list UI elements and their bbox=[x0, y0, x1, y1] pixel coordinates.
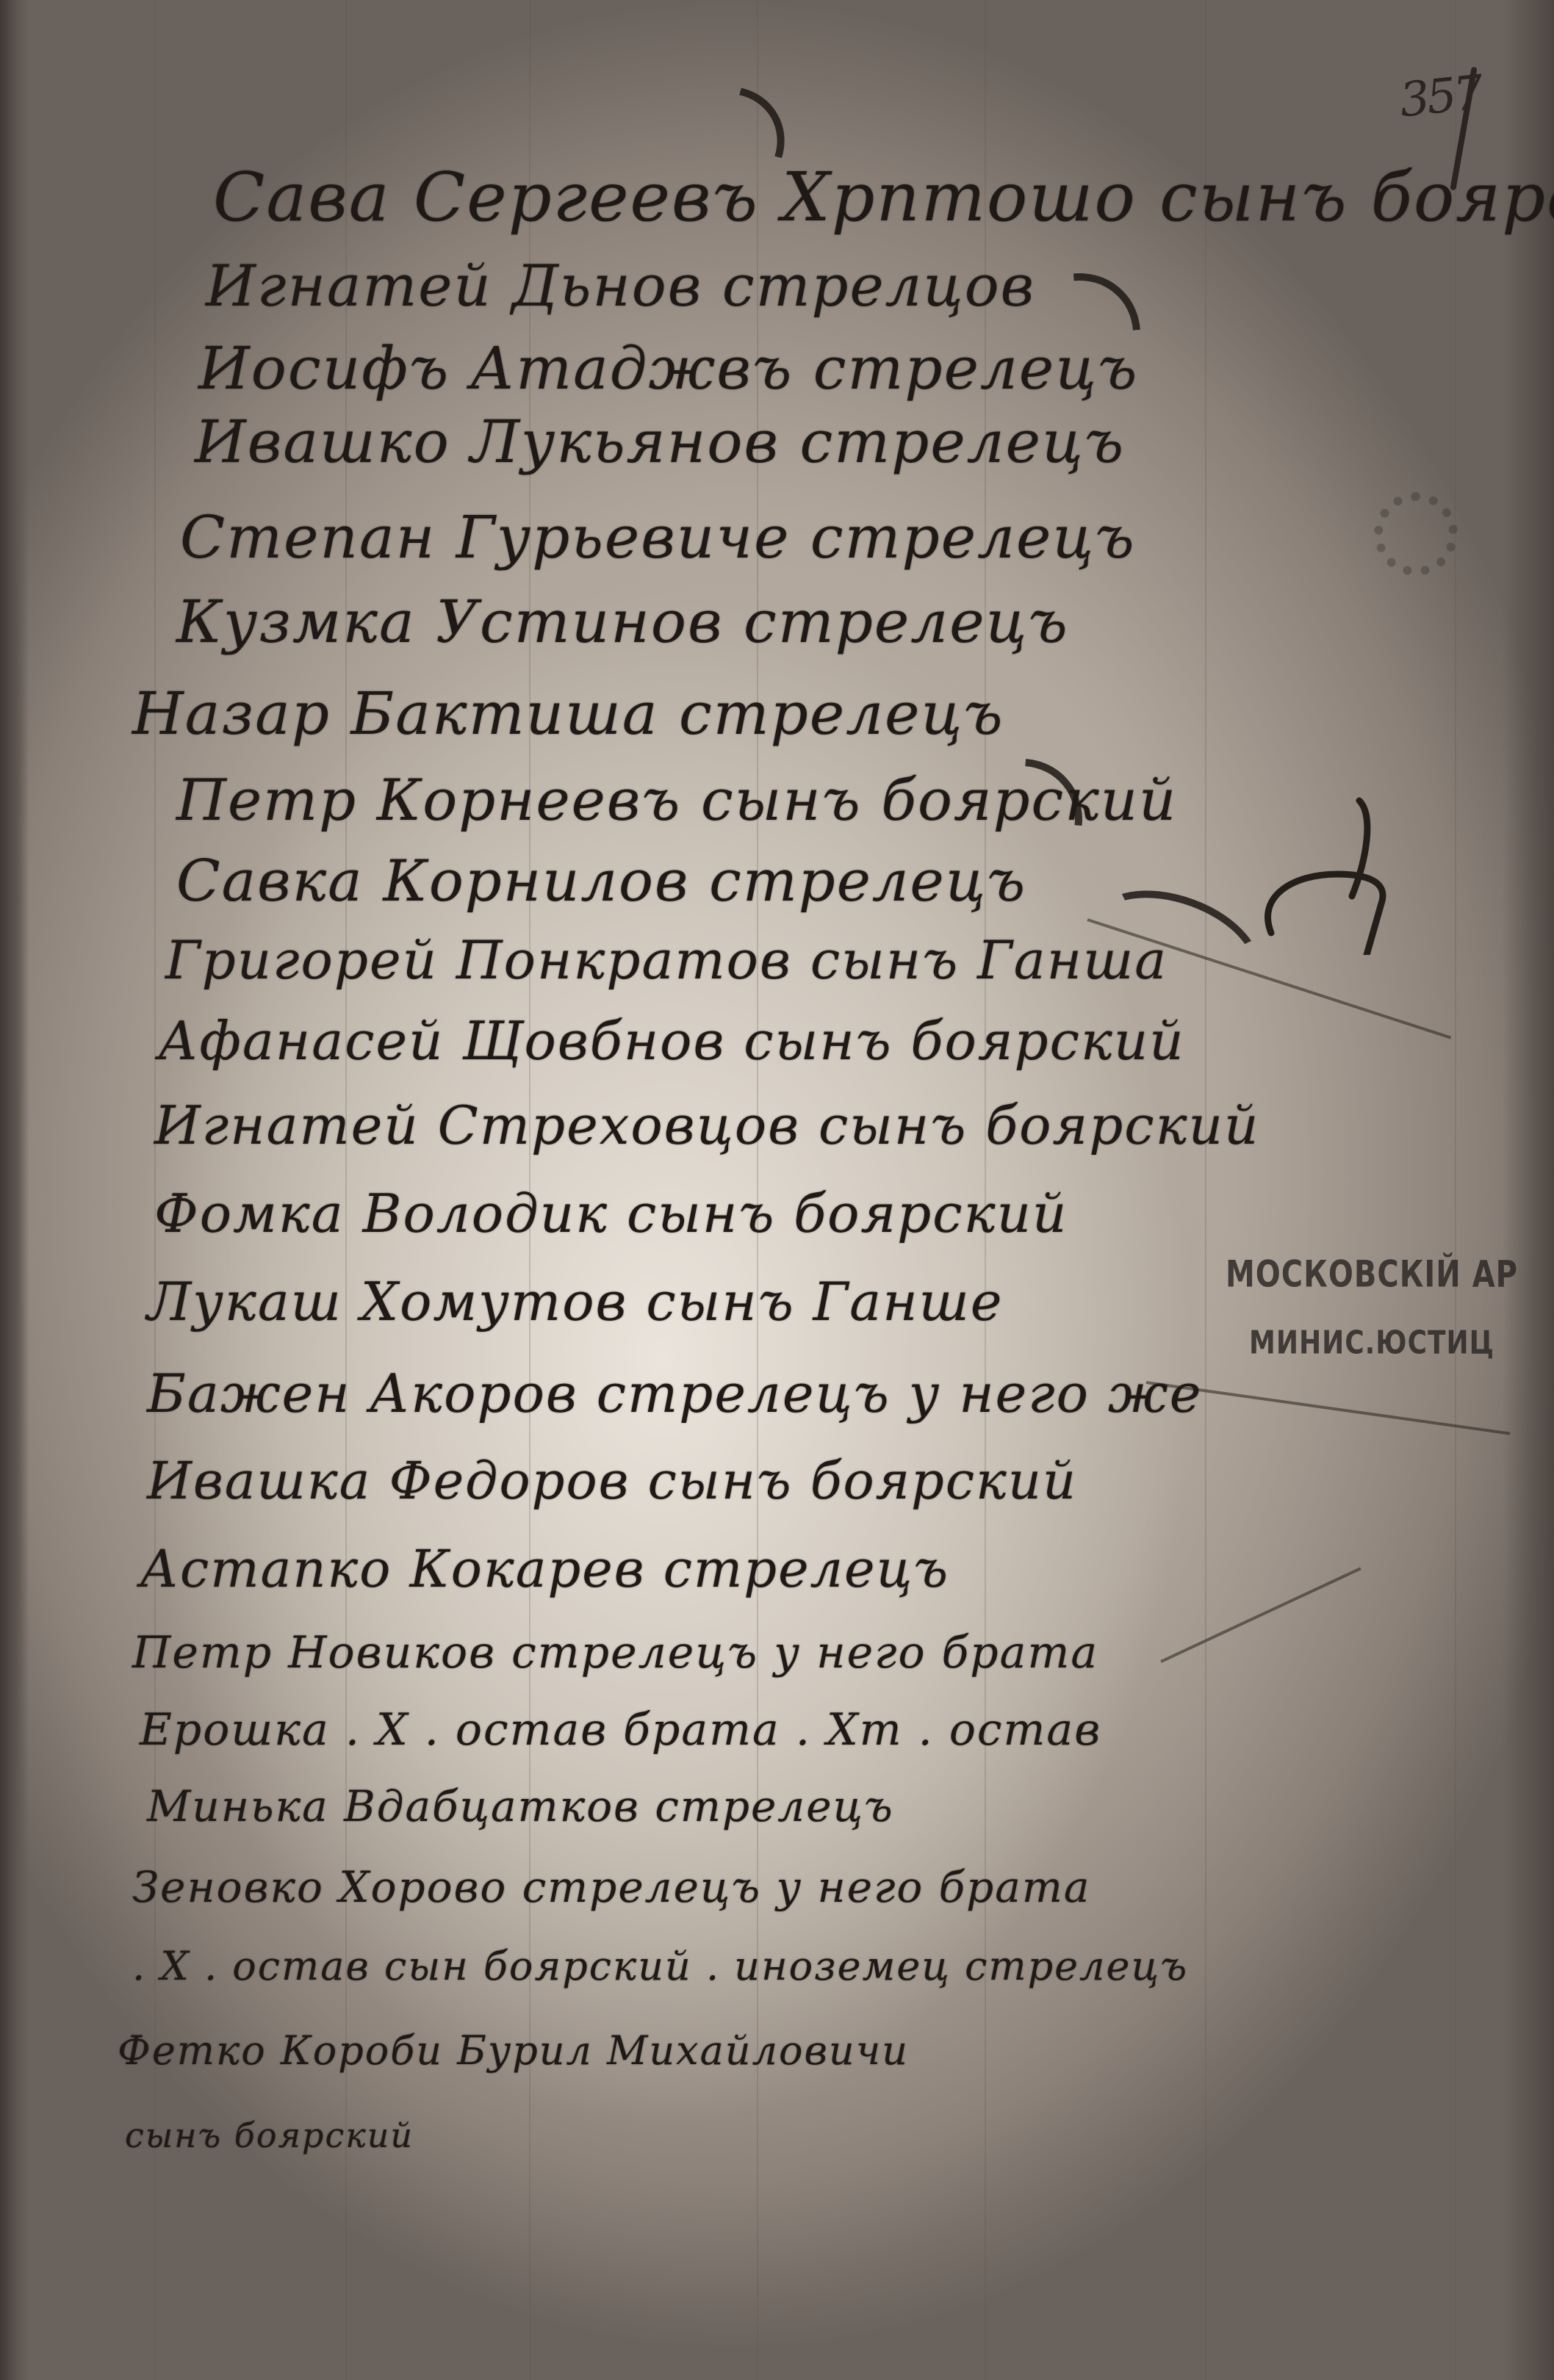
manuscript-line: Игнатей Стреховцов сынъ боярский bbox=[154, 1095, 1259, 1156]
manuscript-line: Степан Гурьевиче стрелецъ bbox=[180, 503, 1136, 571]
manuscript-line: сынъ боярский bbox=[125, 2116, 414, 2155]
manuscript-line: Ивашко Лукьянов стрелецъ bbox=[195, 408, 1125, 476]
manuscript-line: Минька Вдабцатков стрелецъ bbox=[147, 1781, 894, 1831]
manuscript-line: Иосифъ Атаджвъ стрелецъ bbox=[198, 334, 1138, 403]
manuscript-line: Афанасей Щовбнов сынъ боярский bbox=[158, 1010, 1185, 1072]
manuscript-line: Фетко Короби Бурил Михайловичи bbox=[118, 2027, 909, 2074]
manuscript-line: Ерошка . Х . остав брата . Хт . остав bbox=[140, 1704, 1101, 1756]
manuscript-line: Назар Бактиша стрелецъ bbox=[132, 679, 1004, 748]
manuscript-line: Григорей Понкратов сынъ Ганша bbox=[165, 929, 1168, 991]
manuscript-line: Бажен Акоров стрелецъ у него же bbox=[147, 1363, 1202, 1424]
manuscript-line: Астапко Кокарев стрелецъ bbox=[140, 1539, 949, 1599]
manuscript-line: Игнатей Дьнов стрелцов bbox=[206, 253, 1035, 320]
manuscript-text: Сава Сергеевъ Хрптошо сынъ боярский Игна… bbox=[0, 0, 1554, 2380]
manuscript-line: Лукаш Хомутов сынъ Ганше bbox=[147, 1271, 1003, 1333]
manuscript-line: Зеновко Хорово стрелецъ у него брата bbox=[132, 1862, 1090, 1912]
manuscript-line: Кузмка Устинов стрелецъ bbox=[176, 588, 1069, 656]
manuscript-line: Сава Сергеевъ Хрптошо сынъ боярский bbox=[213, 158, 1554, 237]
manuscript-line: Ивашка Федоров сынъ боярский bbox=[147, 1451, 1077, 1511]
manuscript-page: 357 МОСКОВСКІЙ АР МИНИС.ЮСТИЦ Сава Серге… bbox=[0, 0, 1554, 2380]
manuscript-line: Фомка Володик сынъ боярский bbox=[154, 1183, 1068, 1244]
manuscript-line: Петр Новиков стрелецъ у него брата bbox=[132, 1627, 1098, 1678]
manuscript-line: Савка Корнилов стрелецъ bbox=[176, 848, 1026, 915]
manuscript-line: . Х . остав сын боярский . иноземец стре… bbox=[132, 1943, 1188, 1989]
